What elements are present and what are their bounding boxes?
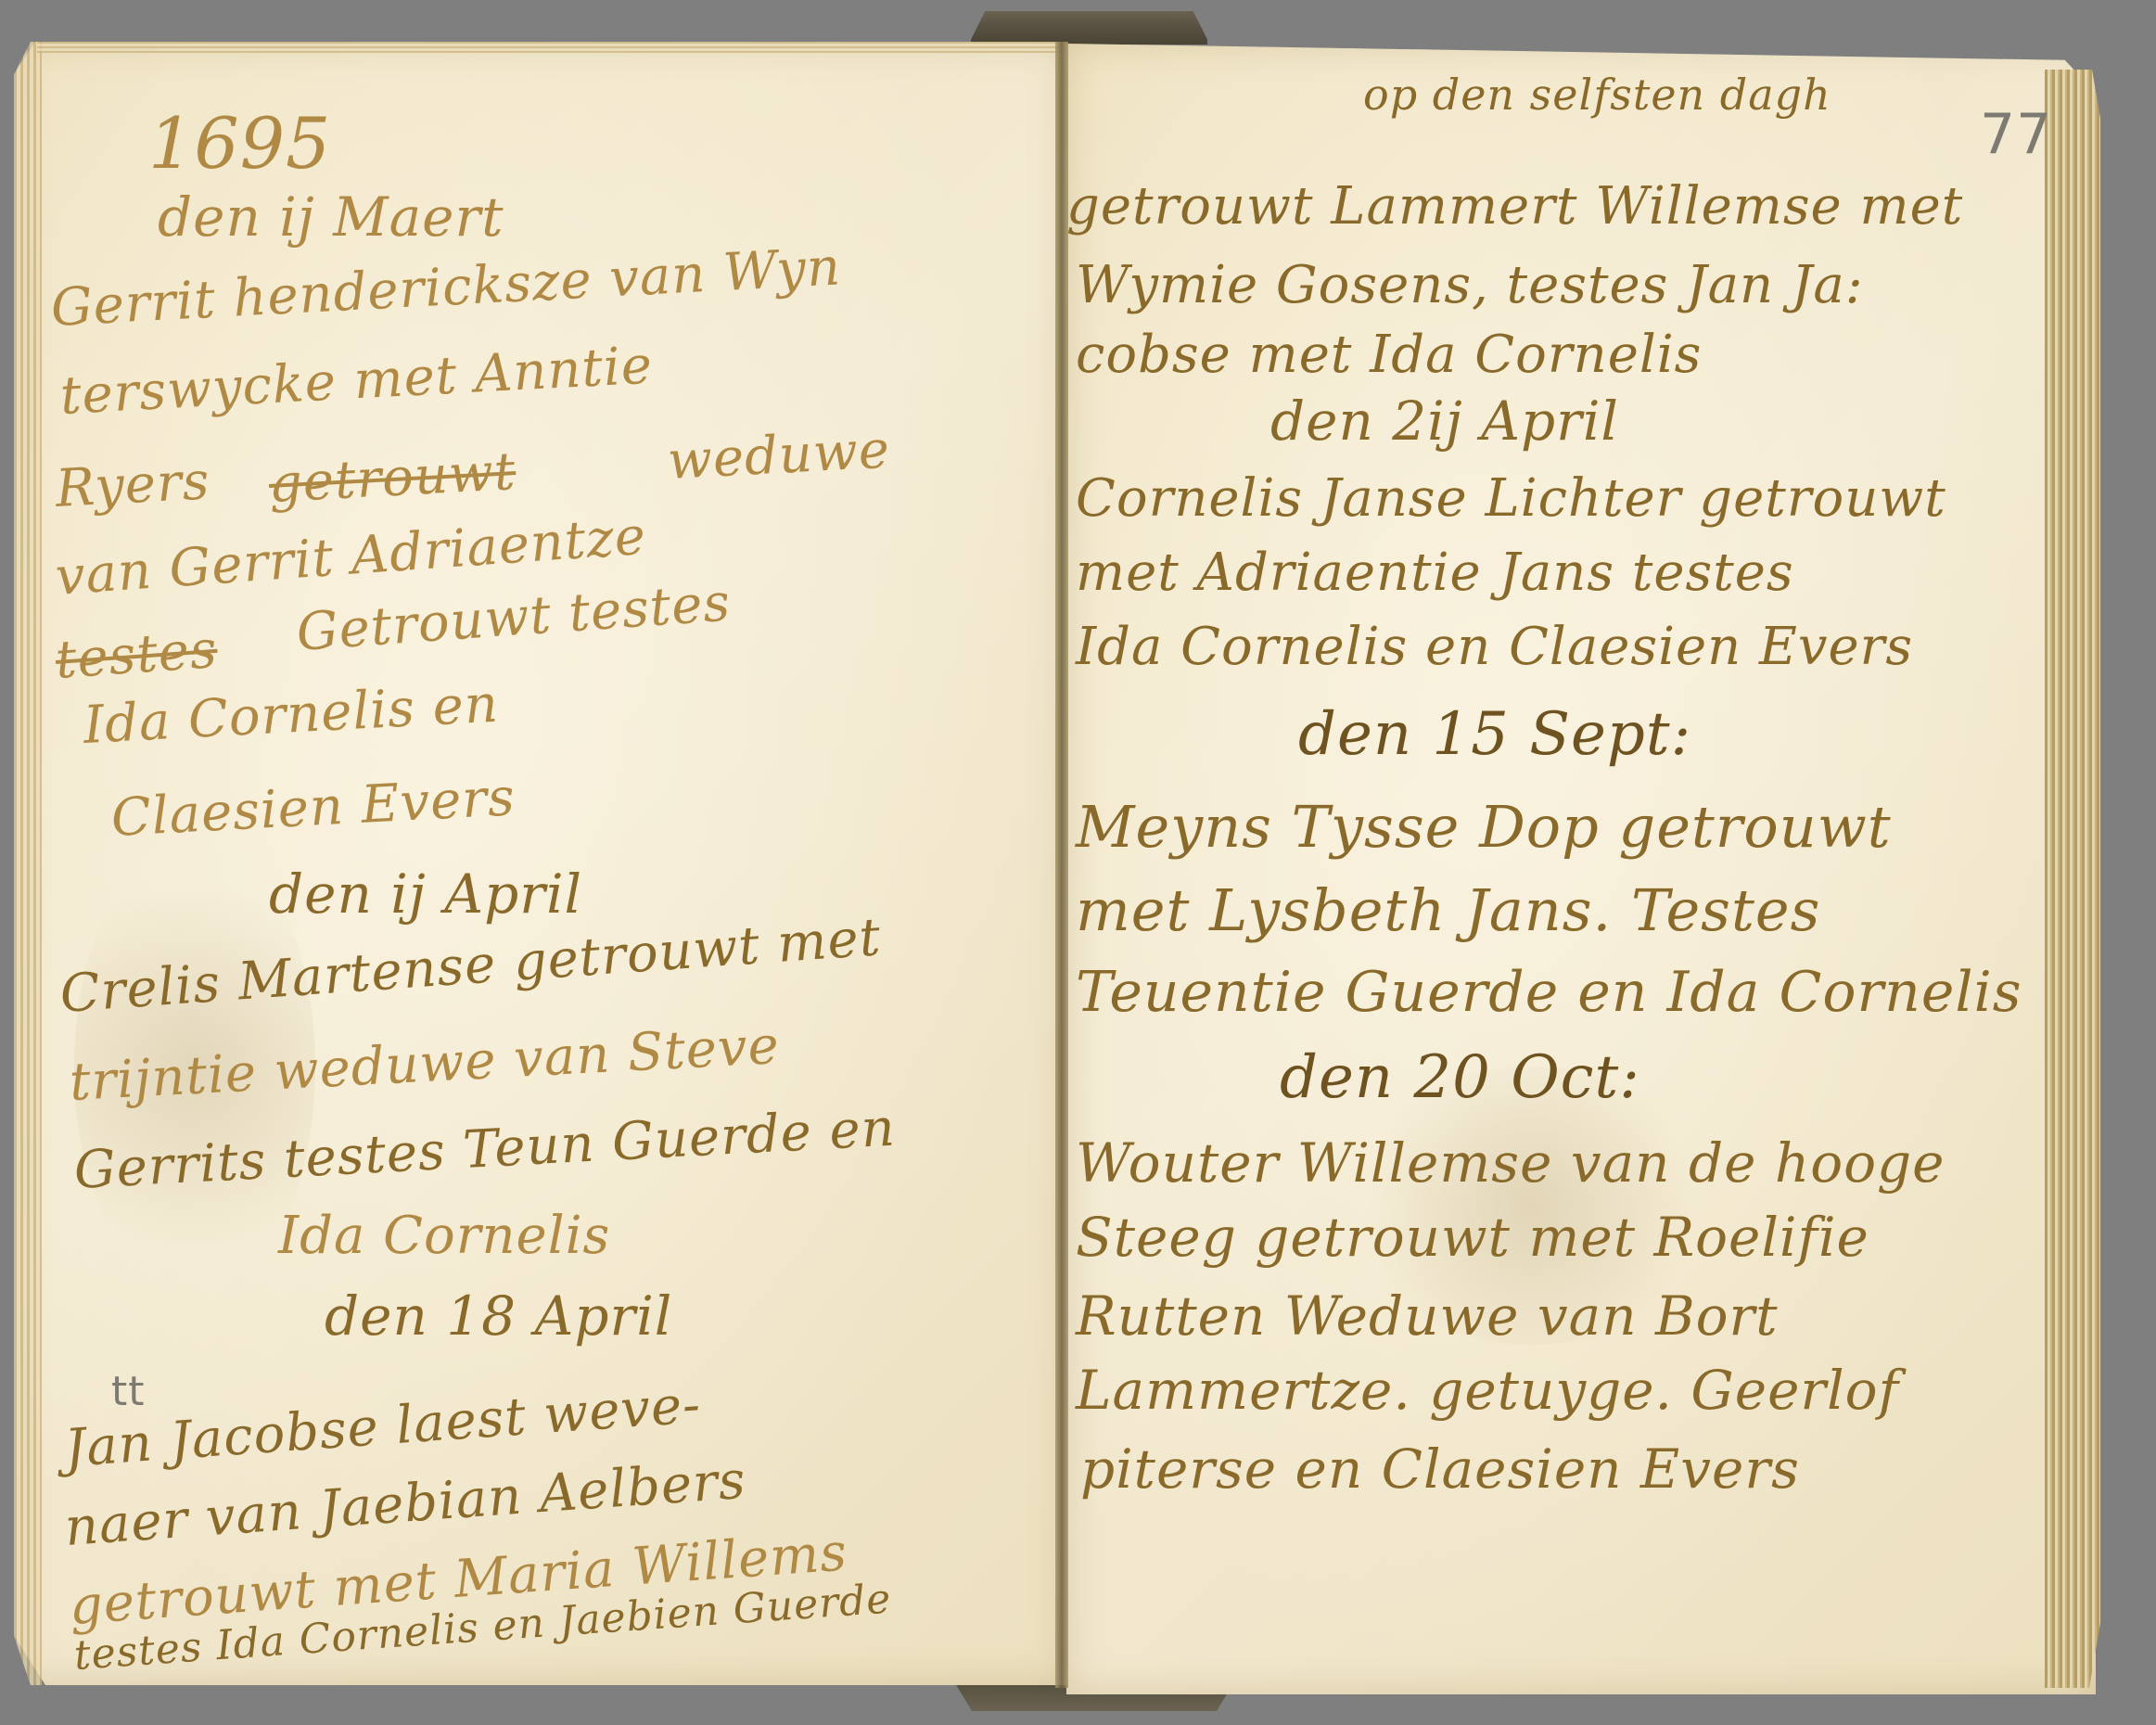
struck-word: testes: [54, 620, 220, 691]
entry-line: Teuentie Guerde en Ida Cornelis: [1076, 960, 2022, 1025]
entry-line: met Adriaentie Jans testes: [1076, 543, 1794, 603]
entry-date: den 18 April: [325, 1284, 672, 1348]
entry-line: getrouwt Lammert Willemse met: [1066, 176, 1963, 236]
entry-date: den 15 Sept:: [1298, 700, 1691, 769]
folio-number: 77: [1980, 102, 2052, 167]
entry-date: den ij April: [269, 862, 582, 926]
entry-line: Steeg getrouwt met Roelifie: [1076, 1206, 1869, 1269]
binding-tab-top: [971, 11, 1207, 45]
entry-line: Wouter Willemse van de hooge: [1076, 1131, 1946, 1195]
entry-line: Ryers: [54, 451, 211, 519]
left-page-edges: [14, 42, 42, 1685]
entry-date: den 2ij April: [1270, 390, 1619, 453]
struck-word: getrouwt: [267, 441, 517, 515]
entry-line: piterse en Claesien Evers: [1080, 1437, 1800, 1501]
entry-line: Ida Cornelis en Claesien Evers: [1076, 617, 1913, 677]
entry-line: Ida Cornelis: [278, 1206, 610, 1266]
left-page-top-edges: [37, 42, 1062, 53]
margin-note: tt: [111, 1368, 146, 1415]
entry-date: den ij Maert: [158, 185, 504, 249]
entry-line: weduwe: [666, 419, 891, 491]
year-heading: 1695: [148, 102, 331, 185]
book-spread: 1695 den ij Maert Gerrit hendericksze va…: [0, 0, 2156, 1725]
entry-date: op den selfsten dagh: [1363, 70, 1831, 120]
entry-line: Meyns Tysse Dop getrouwt: [1076, 793, 1892, 861]
entry-line: Lammertze. getuyge. Geerlof: [1076, 1359, 1899, 1422]
entry-line: met Lysbeth Jans. Testes: [1076, 876, 1820, 944]
entry-date: den 20 Oct:: [1280, 1043, 1640, 1112]
right-page-edges: [2045, 70, 2100, 1688]
book-gutter: [1055, 42, 1068, 1688]
entry-line: Wymie Gosens, testes Jan Ja:: [1076, 255, 1864, 315]
entry-line: Rutten Weduwe van Bort: [1076, 1284, 1779, 1348]
entry-line: Cornelis Janse Lichter getrouwt: [1076, 468, 1946, 529]
entry-line: cobse met Ida Cornelis: [1076, 325, 1702, 385]
